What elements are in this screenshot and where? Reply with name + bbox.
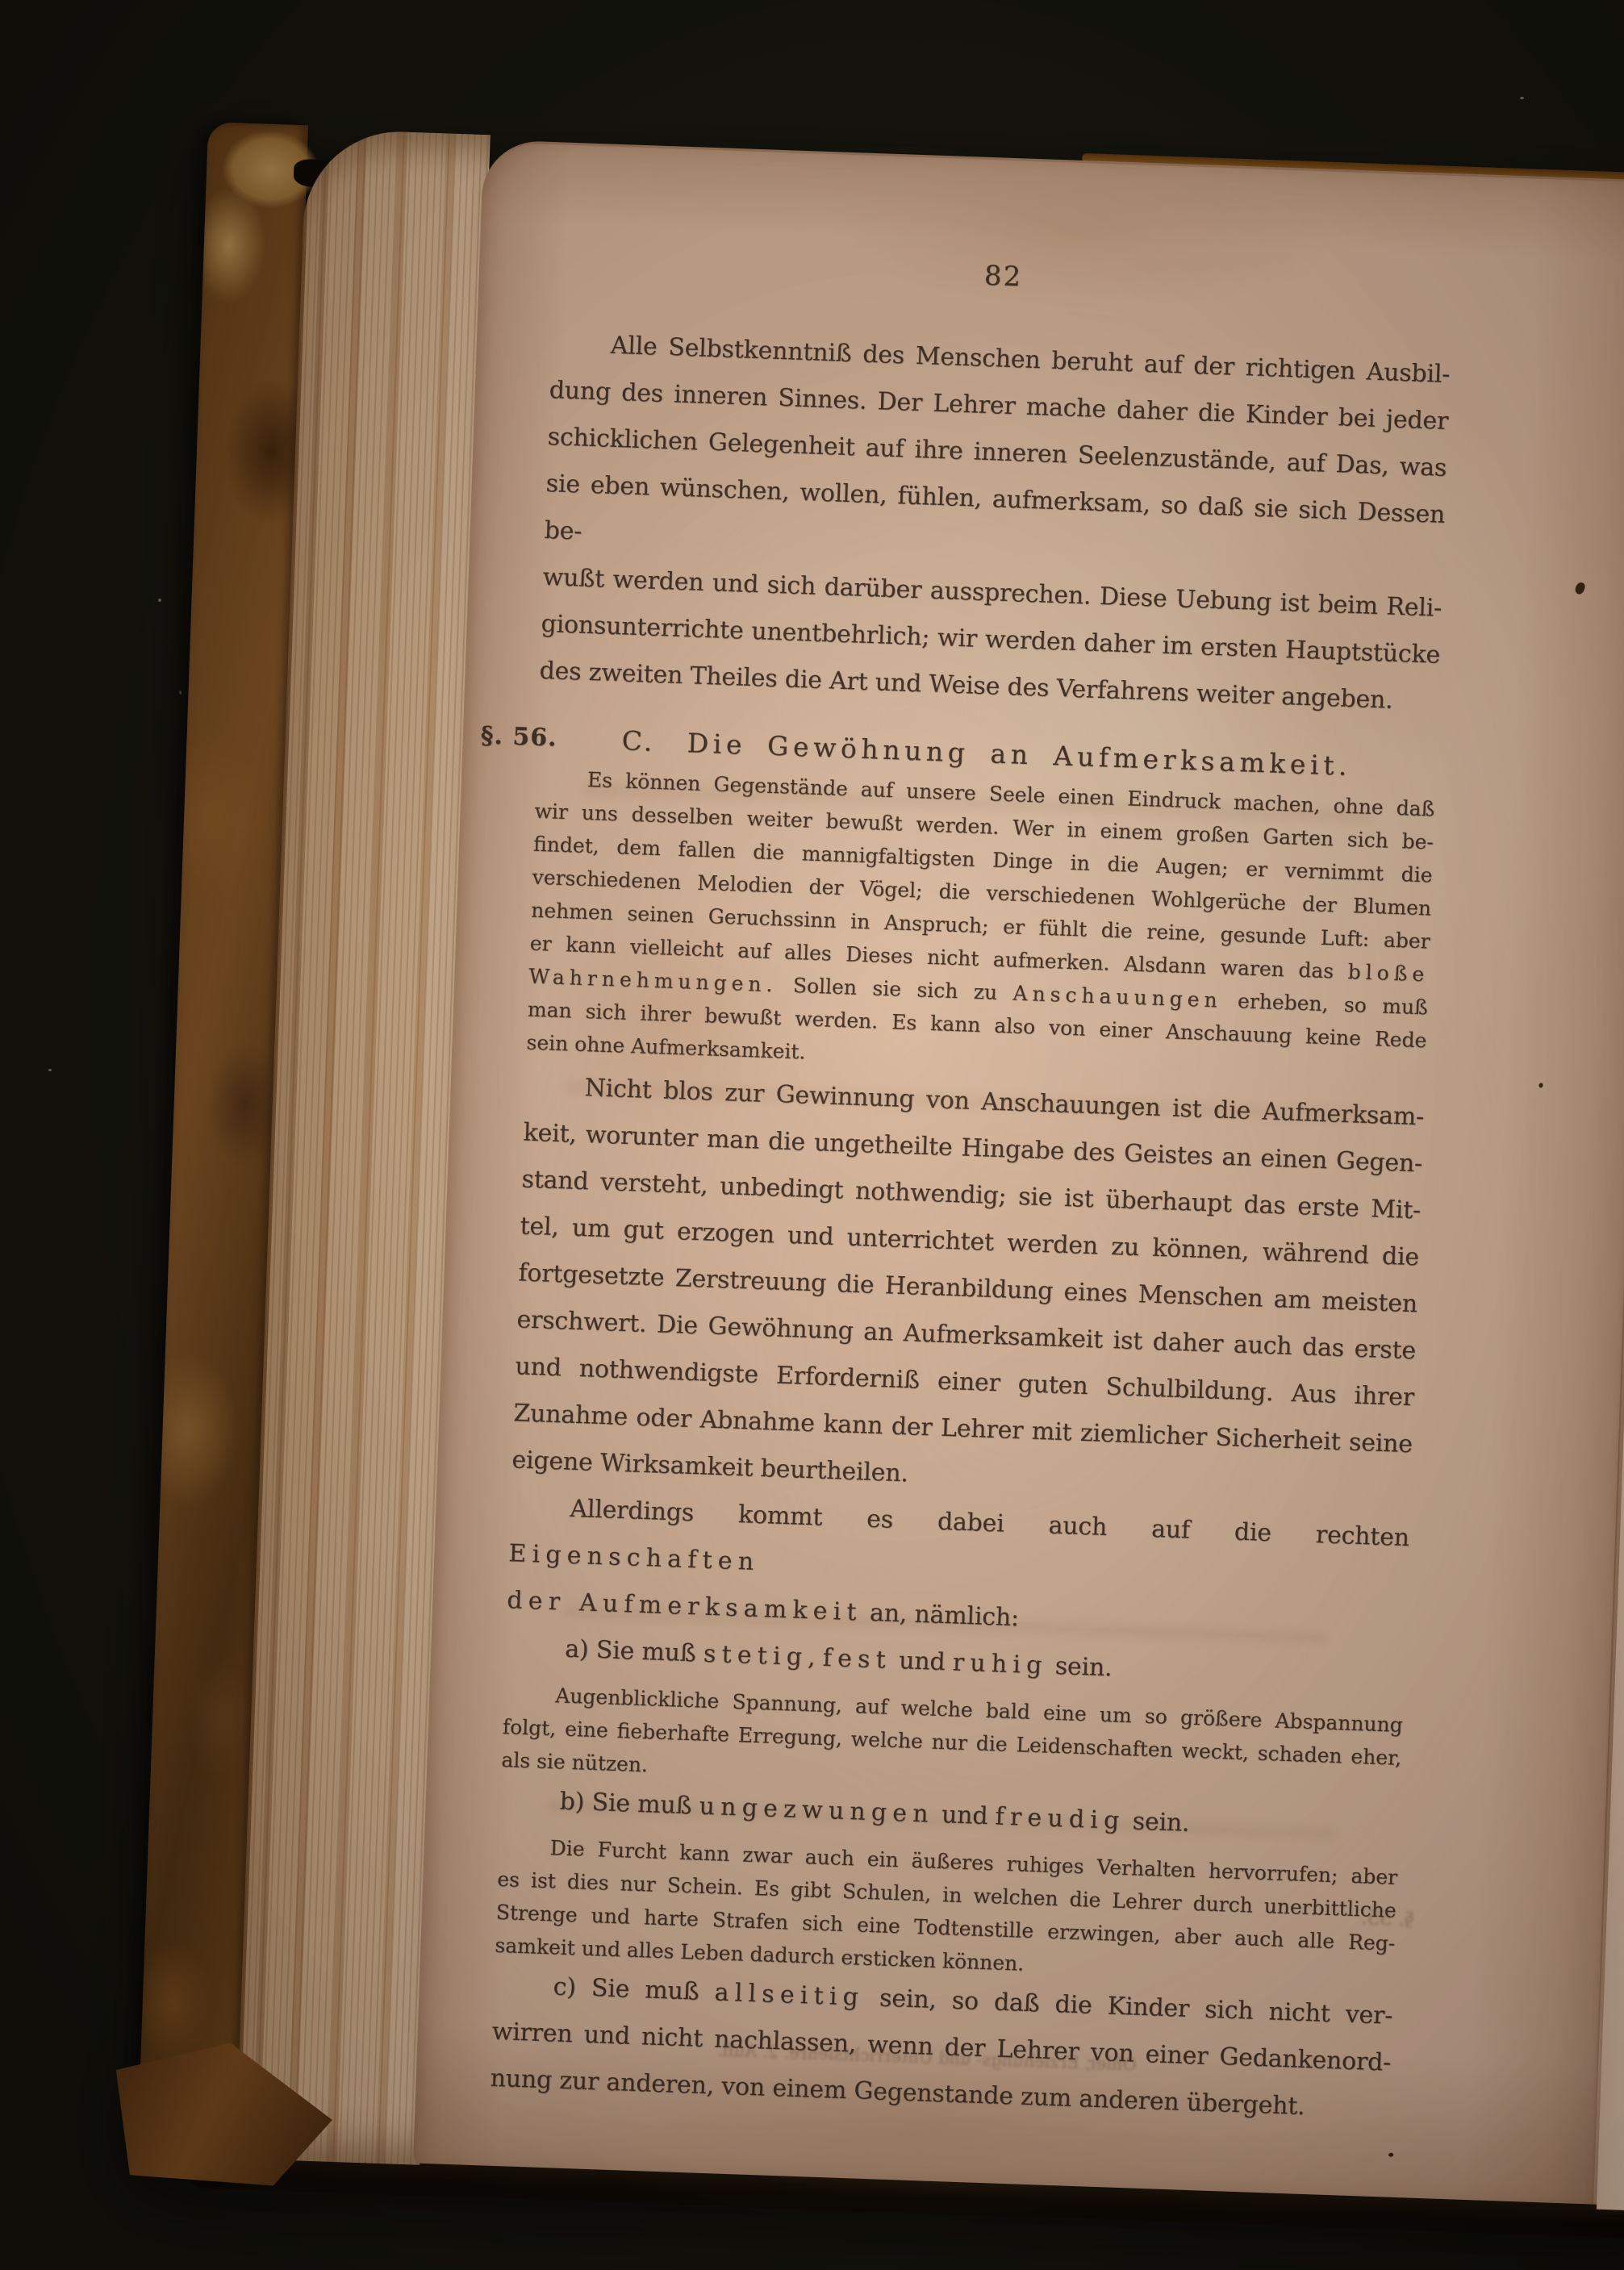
dust-speck bbox=[48, 1069, 52, 1071]
page-content: 82 Alle Selbstkenntniß des Menschen beru… bbox=[490, 241, 1454, 2134]
page-number: 82 bbox=[553, 241, 1454, 311]
intro-paragraph: Alle Selbstkenntniß des Menschen beruht … bbox=[539, 320, 1451, 726]
letterspaced-text: stetig bbox=[703, 1640, 808, 1671]
gutter-shadow bbox=[1464, 179, 1624, 2205]
section-number-margin-note: §. 56. bbox=[480, 712, 558, 762]
letterspaced-text: Anschauungen bbox=[1012, 982, 1222, 1012]
letterspaced-text: allseitig bbox=[714, 1978, 865, 2011]
small-paragraph-perception: Es können Gegenstände auf unsere Seele e… bbox=[526, 762, 1435, 1091]
letterspaced-text: bloße bbox=[1347, 960, 1429, 986]
letterspaced-text: der Aufmerksamkeit bbox=[507, 1586, 863, 1626]
letterspaced-text: Wahrnehmungen. bbox=[528, 965, 778, 997]
letterspaced-text: Eigenschaften bbox=[508, 1539, 760, 1576]
bleedthrough-margin-ghost: §. 55. bbox=[1361, 1906, 1414, 1930]
book: 82 Alle Selbstkenntniß des Menschen beru… bbox=[84, 120, 1624, 2218]
paragraph-attention-necessity: Nicht blos zur Gewinnung von Anschauunge… bbox=[511, 1063, 1425, 1516]
letterspaced-text: ungezwungen bbox=[699, 1792, 934, 1829]
letterspaced-text: ruhig bbox=[952, 1648, 1048, 1680]
letterspaced-text: fest bbox=[822, 1644, 891, 1675]
wormhole-speck bbox=[1388, 2153, 1393, 2157]
book-page: 82 Alle Selbstkenntniß des Menschen beru… bbox=[413, 140, 1624, 2207]
section-heading-prefix: C. bbox=[621, 724, 656, 757]
letterspaced-text: freudig bbox=[995, 1802, 1125, 1835]
body-text: Alle Selbstkenntniß des Menschen beruht … bbox=[490, 320, 1451, 2134]
dust-speck bbox=[1520, 97, 1524, 99]
photo-background: { "document": { "page_number": "82", "ma… bbox=[0, 0, 1624, 2270]
